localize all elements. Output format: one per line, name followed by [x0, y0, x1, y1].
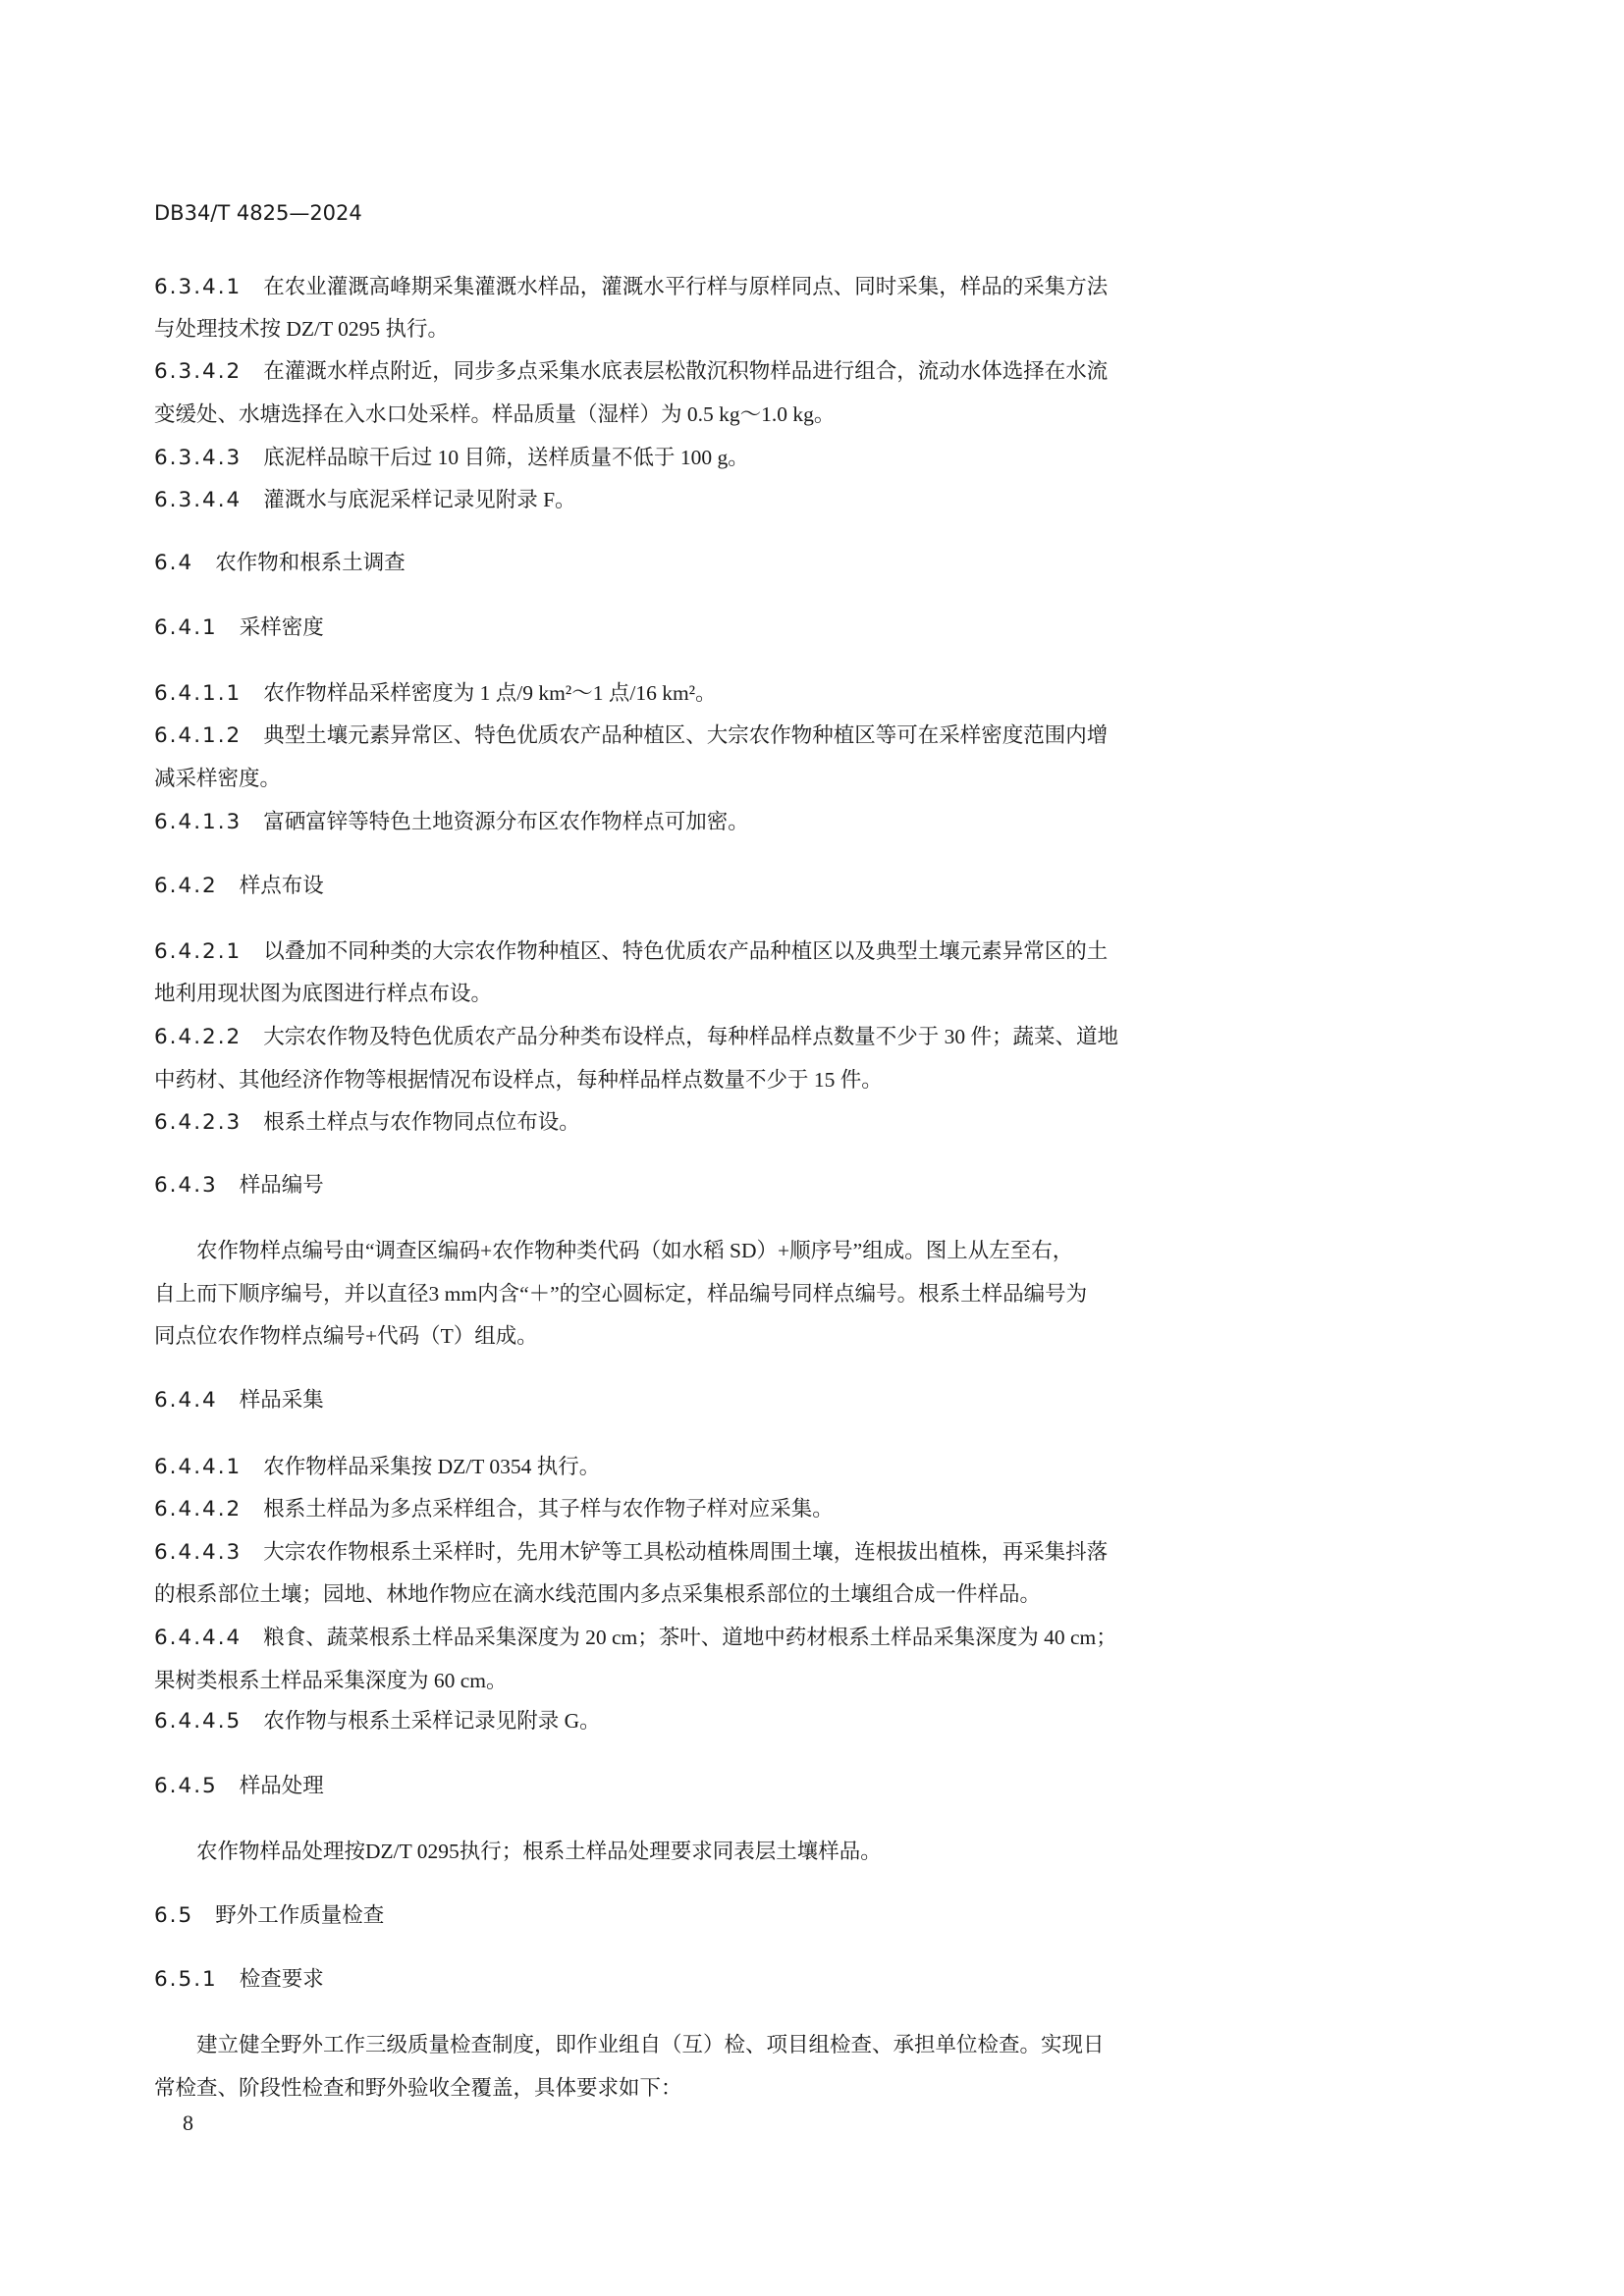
- clause-text: 农作物样品采集按 DZ/T 0354 执行。: [263, 1455, 600, 1478]
- clause-6-4-4-1: 6.4.4.1农作物样品采集按 DZ/T 0354 执行。: [154, 1452, 600, 1481]
- clause-6-4-4-2: 6.4.4.2根系土样品为多点采样组合，其子样与农作物子样对应采集。: [154, 1494, 834, 1523]
- clause-number: 6.3.4.4: [154, 486, 242, 515]
- heading-title: 农作物和根系土调查: [215, 551, 406, 575]
- clause-6-4-2-2-cont: 中药材、其他经济作物等根据情况布设样点，每种样品样点数量不少于 15 件。: [154, 1065, 883, 1095]
- section-heading-6-4-2: 6.4.2样点布设: [154, 872, 324, 901]
- clause-6-3-4-1: 6.3.4.1在农业灌溉高峰期采集灌溉水样品，灌溉水平行样与原样同点、同时采集，…: [154, 272, 1108, 301]
- clause-number: 6.3.4.1: [154, 273, 242, 302]
- clause-number: 6.4.2.2: [154, 1023, 242, 1052]
- heading-number: 6.4.1: [154, 614, 218, 643]
- clause-text: 农作物样品采样密度为 1 点/9 km²～1 点/16 km²。: [263, 681, 716, 705]
- paragraph-line: 常检查、阶段性检查和野外验收全覆盖，具体要求如下：: [154, 2073, 682, 2103]
- document-standard-id: DB34/T 4825—2024: [154, 198, 362, 228]
- clause-text: 在灌溉水样点附近，同步多点采集水底表层松散沉积物样品进行组合，流动水体选择在水流: [263, 359, 1108, 383]
- heading-number: 6.4.4: [154, 1386, 218, 1415]
- paragraph-line: 农作物样品处理按DZ/T 0295执行；根系土样品处理要求同表层土壤样品。: [196, 1837, 882, 1866]
- section-heading-6-4-3: 6.4.3样品编号: [154, 1171, 324, 1201]
- clause-6-4-1-2: 6.4.1.2典型土壤元素异常区、特色优质农产品种植区、大宗农作物种植区等可在采…: [154, 721, 1108, 750]
- heading-number: 6.4.5: [154, 1772, 218, 1801]
- section-heading-6-4: 6.4农作物和根系土调查: [154, 549, 406, 578]
- clause-6-4-1-1: 6.4.1.1农作物样品采样密度为 1 点/9 km²～1 点/16 km²。: [154, 678, 717, 708]
- section-heading-6-5: 6.5野外工作质量检查: [154, 1901, 384, 1931]
- clause-text: 以叠加不同种类的大宗农作物种植区、特色优质农产品种植区以及典型土壤元素异常区的土: [263, 939, 1108, 963]
- page-number: 8: [183, 2110, 193, 2136]
- clause-6-4-4-3-cont: 的根系部位土壤；园地、林地作物应在滴水线范围内多点采集根系部位的土壤组合成一件样…: [154, 1579, 1041, 1609]
- heading-number: 6.4: [154, 549, 193, 578]
- clause-6-4-1-3: 6.4.1.3富硒富锌等特色土地资源分布区农作物样点可加密。: [154, 807, 749, 836]
- section-heading-6-4-4: 6.4.4样品采集: [154, 1386, 324, 1415]
- clause-number: 6.4.2.1: [154, 937, 242, 967]
- clause-number: 6.4.4.1: [154, 1453, 242, 1482]
- clause-text: 大宗农作物根系土采样时，先用木铲等工具松动植株周围土壤，连根拔出植株，再采集抖落: [263, 1540, 1108, 1564]
- clause-number: 6.4.4.5: [154, 1707, 242, 1736]
- heading-number: 6.5: [154, 1901, 193, 1931]
- heading-number: 6.5.1: [154, 1965, 218, 1995]
- clause-number: 6.4.1.1: [154, 679, 242, 709]
- section-heading-6-5-1: 6.5.1检查要求: [154, 1965, 324, 1995]
- clause-6-3-4-1-cont: 与处理技术按 DZ/T 0295 执行。: [154, 314, 449, 344]
- heading-title: 样品编号: [240, 1173, 324, 1198]
- clause-6-3-4-2: 6.3.4.2在灌溉水样点附近，同步多点采集水底表层松散沉积物样品进行组合，流动…: [154, 356, 1108, 386]
- clause-6-3-4-4: 6.3.4.4灌溉水与底泥采样记录见附录 F。: [154, 485, 576, 514]
- clause-text: 粮食、蔬菜根系土样品采集深度为 20 cm；茶叶、道地中药材根系土样品采集深度为…: [263, 1626, 1117, 1649]
- heading-title: 野外工作质量检查: [215, 1903, 384, 1928]
- section-heading-6-4-1: 6.4.1采样密度: [154, 614, 324, 643]
- clause-text: 底泥样品晾干后过 10 目筛，送样质量不低于 100 g。: [263, 446, 749, 469]
- clause-text: 农作物与根系土采样记录见附录 G。: [263, 1709, 600, 1733]
- heading-title: 样品处理: [240, 1774, 324, 1798]
- clause-text: 灌溉水与底泥采样记录见附录 F。: [263, 488, 575, 511]
- clause-number: 6.4.4.3: [154, 1538, 242, 1568]
- heading-number: 6.4.3: [154, 1171, 218, 1201]
- clause-number: 6.4.1.3: [154, 808, 242, 837]
- clause-number: 6.4.4.4: [154, 1624, 242, 1653]
- heading-title: 检查要求: [240, 1967, 324, 1992]
- heading-title: 样品采集: [240, 1388, 324, 1413]
- heading-title: 采样密度: [240, 615, 324, 640]
- clause-text: 根系土样品为多点采样组合，其子样与农作物子样对应采集。: [263, 1497, 834, 1521]
- clause-6-4-2-1-cont: 地利用现状图为底图进行样点布设。: [154, 979, 492, 1008]
- paragraph-line: 农作物样点编号由“调查区编码+农作物种类代码（如水稻 SD）+顺序号”组成。图上…: [196, 1236, 1073, 1265]
- clause-6-4-4-4-cont: 果树类根系土样品采集深度为 60 cm。: [154, 1666, 508, 1695]
- clause-6-4-2-1: 6.4.2.1以叠加不同种类的大宗农作物种植区、特色优质农产品种植区以及典型土壤…: [154, 936, 1108, 966]
- clause-number: 6.4.2.3: [154, 1108, 242, 1138]
- clause-6-4-4-4: 6.4.4.4粮食、蔬菜根系土样品采集深度为 20 cm；茶叶、道地中药材根系土…: [154, 1623, 1117, 1652]
- clause-6-4-2-3: 6.4.2.3根系土样点与农作物同点位布设。: [154, 1107, 580, 1137]
- section-heading-6-4-5: 6.4.5样品处理: [154, 1772, 324, 1801]
- heading-title: 样点布设: [240, 874, 324, 898]
- clause-number: 6.3.4.3: [154, 444, 242, 473]
- clause-text: 大宗农作物及特色优质农产品分种类布设样点，每种样品样点数量不少于 30 件；蔬菜…: [263, 1025, 1118, 1048]
- clause-6-3-4-2-cont: 变缓处、水塘选择在入水口处采样。样品质量（湿样）为 0.5 kg～1.0 kg。: [154, 400, 835, 429]
- clause-6-3-4-3: 6.3.4.3底泥样品晾干后过 10 目筛，送样质量不低于 100 g。: [154, 443, 749, 472]
- clause-number: 6.4.1.2: [154, 721, 242, 751]
- clause-6-4-4-3: 6.4.4.3大宗农作物根系土采样时，先用木铲等工具松动植株周围土壤，连根拔出植…: [154, 1537, 1108, 1567]
- paragraph-line: 建立健全野外工作三级质量检查制度，即作业组自（互）检、项目组检查、承担单位检查。…: [196, 2030, 1105, 2059]
- clause-text: 典型土壤元素异常区、特色优质农产品种植区、大宗农作物种植区等可在采样密度范围内增: [263, 723, 1108, 747]
- clause-6-4-1-2-cont: 减采样密度。: [154, 764, 281, 793]
- paragraph-line: 自上而下顺序编号，并以直径3 mm内含“＋”的空心圆标定，样品编号同样点编号。根…: [154, 1279, 1087, 1308]
- clause-6-4-2-2: 6.4.2.2大宗农作物及特色优质农产品分种类布设样点，每种样品样点数量不少于 …: [154, 1022, 1118, 1051]
- clause-text: 根系土样点与农作物同点位布设。: [263, 1110, 580, 1134]
- heading-number: 6.4.2: [154, 872, 218, 901]
- clause-number: 6.4.4.2: [154, 1495, 242, 1524]
- clause-text: 富硒富锌等特色土地资源分布区农作物样点可加密。: [263, 810, 749, 833]
- paragraph-line: 同点位农作物样点编号+代码（T）组成。: [154, 1321, 538, 1351]
- clause-number: 6.3.4.2: [154, 357, 242, 387]
- clause-text: 在农业灌溉高峰期采集灌溉水样品，灌溉水平行样与原样同点、同时采集，样品的采集方法: [263, 275, 1108, 298]
- clause-6-4-4-5: 6.4.4.5农作物与根系土采样记录见附录 G。: [154, 1706, 601, 1735]
